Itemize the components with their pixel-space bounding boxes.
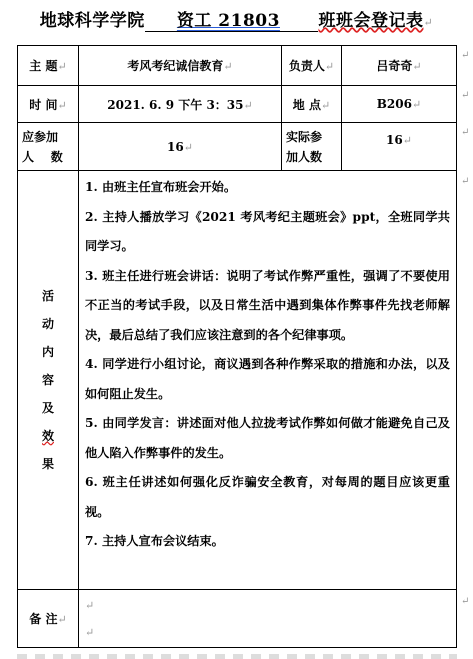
expected-value-cell[interactable]: 16↵ <box>79 123 282 171</box>
place-value: B206 <box>377 97 412 111</box>
paragraph-mark-icon: ↵ <box>57 60 66 73</box>
paragraph-mark-icon: ↵ <box>423 16 433 29</box>
activity-content-cell[interactable]: 1. 由班主任宣布班会开始。 2. 主持人播放学习《2021 考风考纪主题班会》… <box>79 171 457 590</box>
title-blank: 资工 21803 <box>145 6 319 32</box>
activity-label-char: 内 <box>22 338 74 366</box>
row-end-mark-icon: ↵ <box>461 127 469 138</box>
activity-item: 5. 由同学发言：讲述面对他人拉拢考试作弊如何做才能避免自己及他人陷入作弊事件的… <box>85 409 450 468</box>
row-end-mark-icon: ↵ <box>461 90 469 101</box>
place-value-cell[interactable]: B206↵ <box>342 86 457 123</box>
actual-value: 16 <box>386 133 403 147</box>
paragraph-mark-icon: ↵ <box>184 141 193 154</box>
topic-label: 主 题 <box>29 59 57 73</box>
expected-label-line1: 应参加 <box>22 127 74 147</box>
activity-item: 4. 同学进行小组讨论，商议遇到各种作弊采取的措施和办法，以及如何阻止发生。 <box>85 350 450 409</box>
paragraph-mark-icon: ↵ <box>223 60 232 73</box>
topic-value-cell[interactable]: 考风考纪诚信教育↵ <box>79 46 282 86</box>
paragraph-mark-icon: ↵ <box>57 99 66 112</box>
paragraph-mark-icon: ↵ <box>85 626 94 639</box>
activity-item: 2. 主持人播放学习《2021 考风考纪主题班会》ppt，全班同学共同学习。 <box>85 203 450 262</box>
table-row-topic: 主 题↵ 考风考纪诚信教育↵ 负责人↵ 吕奇奇↵ <box>18 46 457 86</box>
time-label: 时 间 <box>29 98 57 112</box>
expected-label-line2: 人 数 <box>22 147 74 167</box>
paragraph-mark-icon: ↵ <box>57 613 66 626</box>
title-suffix: 班班会登记表 <box>318 11 423 31</box>
owner-label-cell: 负责人↵ <box>282 46 342 86</box>
row-end-mark-icon: ↵ <box>461 596 469 607</box>
activity-item: 7. 主持人宣布会议结束。 <box>85 527 450 557</box>
time-value: 2021. 6. 9 下午 3：35 <box>107 98 243 112</box>
time-label-cell: 时 间↵ <box>18 86 79 123</box>
topic-value: 考风考纪诚信教育 <box>127 59 223 73</box>
activity-label-char: 容 <box>22 366 74 394</box>
activity-label-cell: 活 动 内 容 及 效 果 <box>18 171 79 590</box>
notes-label-cell: 备 注↵ <box>18 590 79 648</box>
actual-label-line2: 加人数 <box>286 147 337 167</box>
table-row-notes: 备 注↵ ↵ ↵ <box>18 590 457 648</box>
activity-item: 3. 班主任进行班会讲话：说明了考试作弊严重性，强调了不要使用不正当的考试手段，… <box>85 262 450 351</box>
time-value-cell[interactable]: 2021. 6. 9 下午 3：35↵ <box>79 86 282 123</box>
meeting-record-table: 主 题↵ 考风考纪诚信教育↵ 负责人↵ 吕奇奇↵ 时 间↵ 2021. 6. 9… <box>17 45 457 648</box>
activity-label-char: 动 <box>22 310 74 338</box>
actual-label-line1: 实际参 <box>286 127 337 147</box>
activity-item: 6. 班主任讲述如何强化反诈骗安全教育，对每周的题目应该更重视。 <box>85 468 450 527</box>
activity-label-char: 及 <box>22 394 74 422</box>
title-prefix: 地球科学学院 <box>40 11 145 31</box>
actual-value-cell[interactable]: 16↵ <box>342 123 457 171</box>
expected-value: 16 <box>167 140 184 154</box>
paragraph-mark-icon: ↵ <box>412 98 421 111</box>
activity-item: 1. 由班主任宣布班会开始。 <box>85 173 450 203</box>
owner-label: 负责人 <box>289 59 325 73</box>
document-title: 地球科学学院 资工 21803 班班会登记表↵ <box>0 6 473 32</box>
row-end-mark-icon: ↵ <box>461 176 469 187</box>
expected-label-cell: 应参加人 数 <box>18 123 79 171</box>
paragraph-mark-icon: ↵ <box>244 99 253 112</box>
activity-label-char: 果 <box>22 450 74 478</box>
topic-label-cell: 主 题↵ <box>18 46 79 86</box>
next-page-text-fragment <box>17 654 457 659</box>
notes-value-cell[interactable]: ↵ ↵ <box>79 590 457 648</box>
notes-label: 备 注 <box>29 612 57 626</box>
table-row-time: 时 间↵ 2021. 6. 9 下午 3：35↵ 地 点↵ B206↵ <box>18 86 457 123</box>
paragraph-mark-icon: ↵ <box>412 60 421 73</box>
owner-value-cell[interactable]: 吕奇奇↵ <box>342 46 457 86</box>
row-end-mark-icon: ↵ <box>461 50 469 61</box>
owner-value: 吕奇奇 <box>376 59 412 73</box>
place-label-cell: 地 点↵ <box>282 86 342 123</box>
paragraph-mark-icon: ↵ <box>403 134 412 147</box>
title-class-name: 资工 21803 <box>177 11 280 31</box>
paragraph-mark-icon: ↵ <box>325 60 334 73</box>
activity-label-char: 活 <box>22 282 74 310</box>
activity-label-char: 效 <box>22 422 74 450</box>
place-label: 地 点 <box>293 98 321 112</box>
actual-label-cell: 实际参加人数 <box>282 123 342 171</box>
table-row-activity: 活 动 内 容 及 效 果 1. 由班主任宣布班会开始。 2. 主持人播放学习《… <box>18 171 457 590</box>
table-row-attendance: 应参加人 数 16↵ 实际参加人数 16↵ <box>18 123 457 171</box>
paragraph-mark-icon: ↵ <box>321 99 330 112</box>
paragraph-mark-icon: ↵ <box>85 599 94 612</box>
